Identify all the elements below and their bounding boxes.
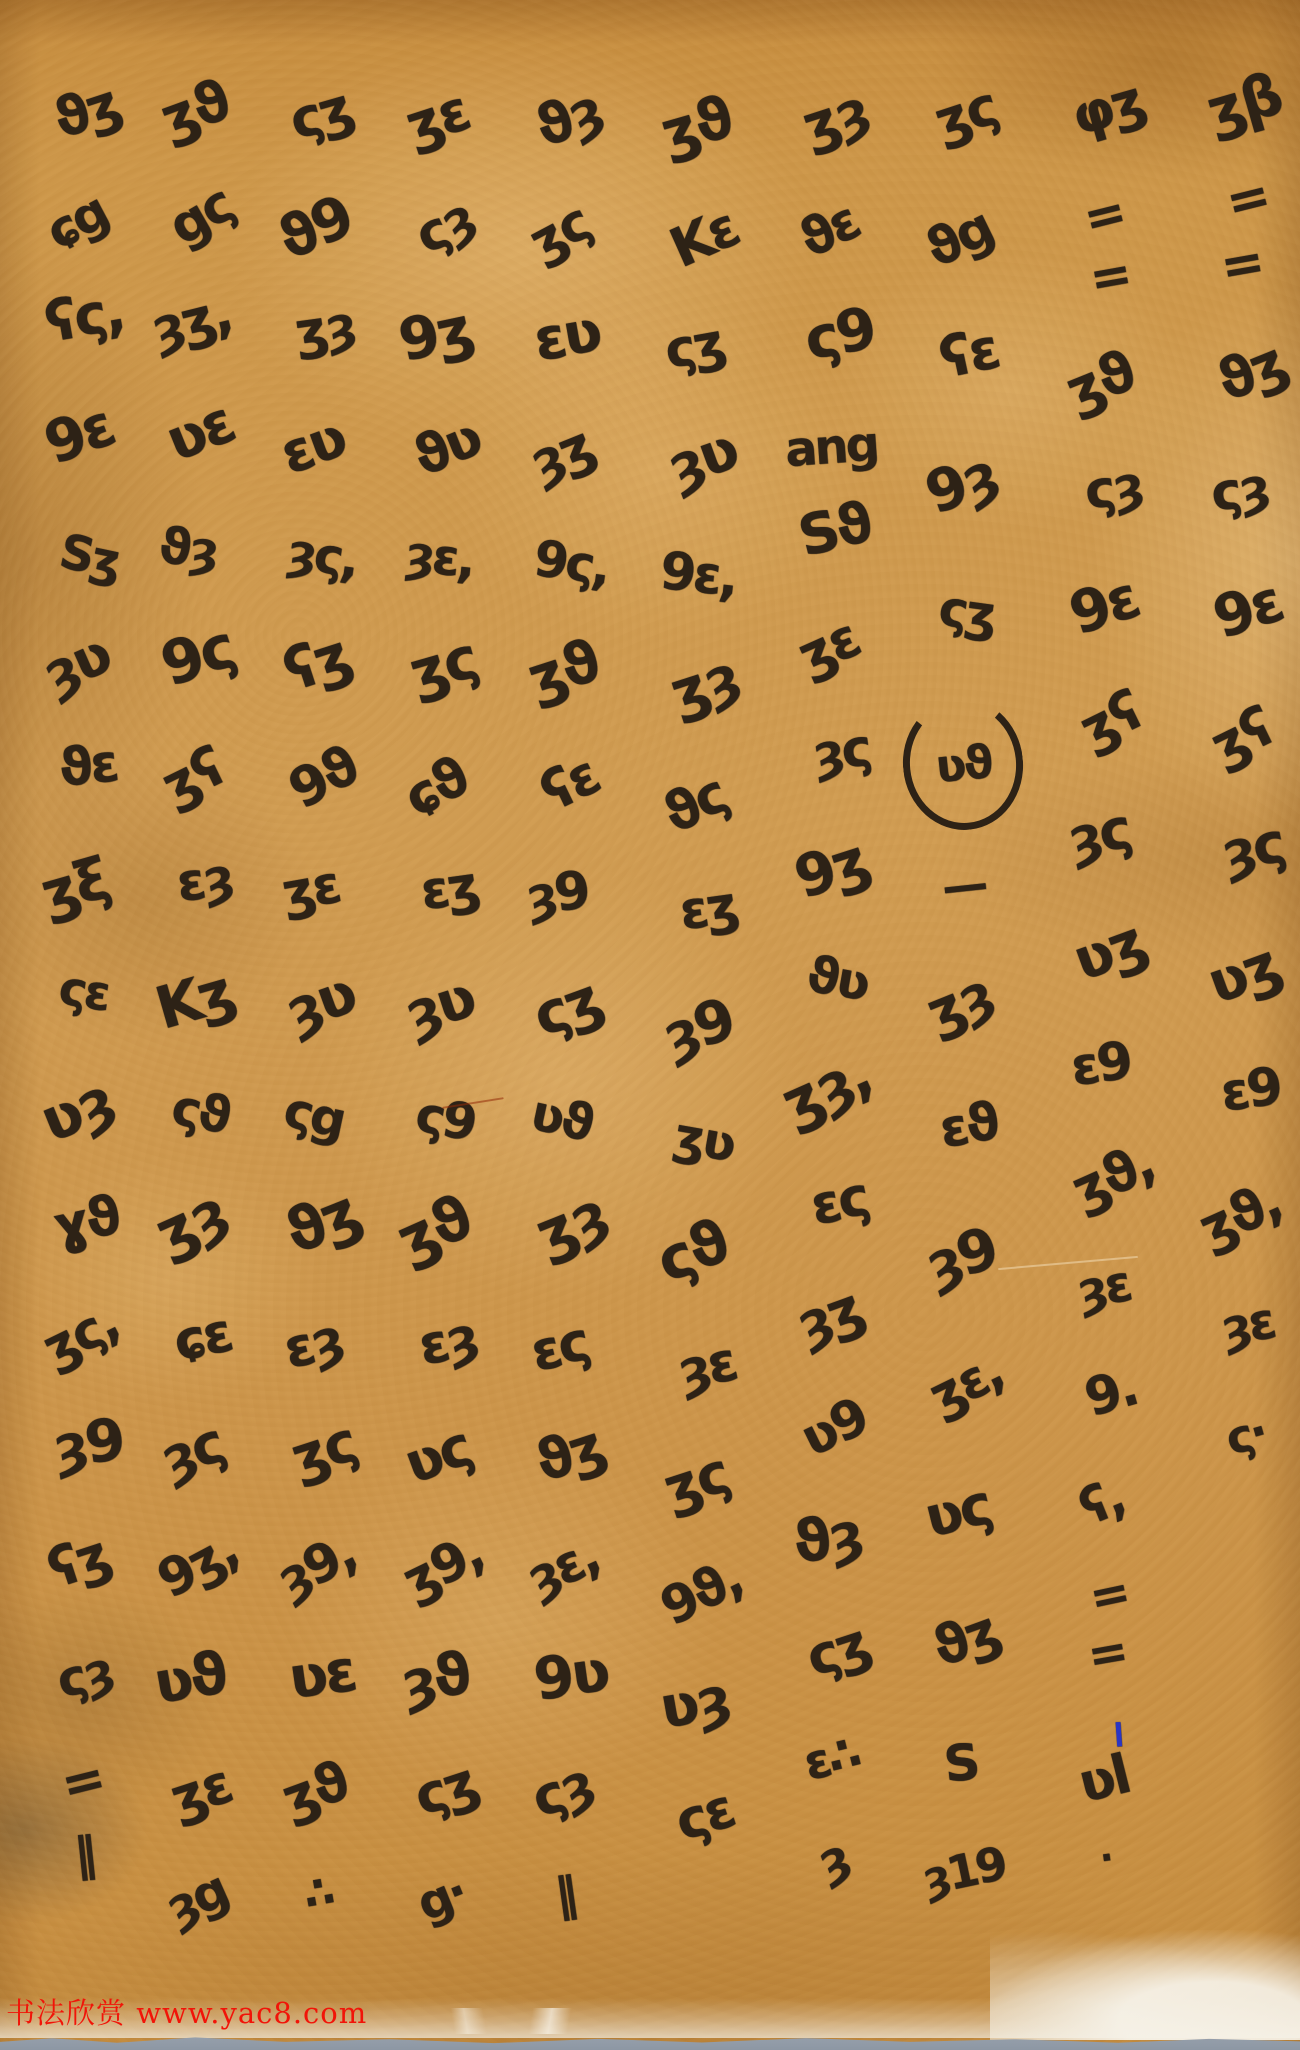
glyph-cluster: ʒς xyxy=(523,198,597,268)
glyph-cluster: ε9 xyxy=(1218,1064,1283,1120)
glyph-cluster: ʕʒ xyxy=(277,628,355,699)
glyph-cluster: ȝε xyxy=(1073,1261,1132,1315)
glyph-cluster: 9ȝ xyxy=(919,447,1003,521)
glyph-cluster: ʋʒ xyxy=(1067,914,1151,988)
glyph-cluster: ϑε xyxy=(793,197,865,265)
glyph-cluster: ϑʒ xyxy=(48,78,124,145)
glyph-cluster: ȝ9 xyxy=(523,867,591,923)
script-column: ʒȝϑες9angSϑʒεȝς9ʒϑʋʒȝ,εςȝʒʋ9ϑȝςʒε∴ȝ xyxy=(775,94,891,1883)
glyph-cluster: 9ε xyxy=(1207,575,1287,646)
glyph-cluster: ʒϑ xyxy=(1059,345,1140,418)
glyph-cluster: ʒȝ, xyxy=(774,1047,877,1133)
glyph-cluster: ϑʒ xyxy=(926,1605,1003,1674)
glyph-cluster: ςȝ xyxy=(409,194,481,262)
glyph-cluster: ʒε xyxy=(164,1759,235,1824)
glyph-cluster: Kε xyxy=(663,202,743,274)
glyph-cluster: ʒε, xyxy=(923,1348,1010,1423)
glyph-cluster: 9ʒ, xyxy=(151,1526,244,1606)
glyph-cluster: ȝ9, xyxy=(270,1529,362,1606)
glyph-cluster: ςȝ xyxy=(1208,464,1271,519)
glyph-cluster: ʒς xyxy=(404,632,482,701)
glyph-cluster: ςϑ xyxy=(650,1214,735,1291)
glyph-cluster: ȝε, xyxy=(521,1532,606,1605)
glyph-cluster: ȝς xyxy=(810,725,873,780)
glyph-cluster: ʒʋ xyxy=(671,1112,738,1168)
glyph-cluster: = xyxy=(1221,173,1272,229)
glyph-cluster: ʒϑ xyxy=(276,1756,353,1825)
glyph-cluster: ȝς xyxy=(155,1418,230,1487)
glyph-cluster: ʋȝ xyxy=(656,1672,732,1736)
glyph-cluster: ϑʋ xyxy=(407,412,487,483)
glyph-cluster: ϑȝ xyxy=(529,84,608,155)
glyph-cluster: ȝς xyxy=(1064,803,1135,866)
glyph-cluster: ες xyxy=(526,1316,592,1378)
glyph-cluster: ʋϑ xyxy=(527,1089,596,1147)
glyph-cluster: 9ε xyxy=(38,399,119,472)
glyph-cluster: ʒϑ xyxy=(522,635,605,707)
glyph-cluster: 9ϑ, xyxy=(655,1554,749,1633)
glyph-cluster: ʒ9, xyxy=(396,1529,489,1607)
glyph-cluster: ʒȝ xyxy=(920,968,999,1040)
glyph-cluster: ʕς, xyxy=(41,285,126,349)
glyph-cluster: εϑ xyxy=(937,1099,1002,1156)
glyph-cluster: 9ε, xyxy=(658,548,738,603)
glyph-cluster: ȝ9 xyxy=(50,1413,126,1476)
circled-glyph-cluster: ʋϑ xyxy=(896,692,1029,836)
glyph-cluster: ɣϑ xyxy=(49,1190,122,1252)
glyph-cluster: ȝʋ xyxy=(398,971,479,1043)
glyph-cluster: S xyxy=(942,1739,980,1788)
script-column: ʒϑKεςʒȝʋ9ε,ʒȝϑςεʒȝ9ʒʋςϑȝεʒς9ϑ,ʋȝςε xyxy=(642,98,758,1842)
glyph-cluster: 9. xyxy=(1080,1365,1141,1425)
glyph-cluster: 9ʋ xyxy=(531,1644,611,1707)
script-column: ϑȝʒςεʋȝʒ9ς,ʒϑʕεȝ9ςʒʋϑʒȝεςϑʒȝε,9ʋςȝ‖ xyxy=(507,95,623,1915)
glyph-cluster: ʒε xyxy=(278,862,342,919)
glyph-cluster: = xyxy=(1086,250,1132,302)
glyph-cluster: = xyxy=(1079,188,1128,242)
glyph-cluster: ȝς, xyxy=(284,528,360,583)
glyph-cluster: ʒȝ xyxy=(528,1186,613,1263)
glyph-cluster: ς9 xyxy=(412,1091,478,1146)
glyph-cluster: 9ϑ xyxy=(282,740,365,815)
glyph-cluster: ςʒ xyxy=(408,1757,481,1823)
glyph-cluster: ʒς, xyxy=(36,1299,124,1375)
glyph-cluster: ʒȝ xyxy=(797,85,874,154)
glyph-cluster: ςʒ xyxy=(284,82,356,146)
glyph-cluster: Sʒ xyxy=(56,529,123,585)
glyph-cluster: gς xyxy=(162,180,240,252)
glyph-cluster: ςε xyxy=(57,966,112,1017)
manuscript-scan: ϑʒɕgʕς,9εSʒȝʋϑεʒξςεʋȝɣϑʒς,ȝ9ʕʒςȝ=‖ʒϑgςȝʒ… xyxy=(0,0,1300,2050)
glyph-cluster: ʋϑ xyxy=(150,1646,229,1711)
glyph-cluster: ȝʋ xyxy=(661,422,743,495)
script-column: ʒεςȝ9ʒϑʋȝε,ʒςɕϑεʒȝʋς9ʒϑεȝʋςʒ9,ȝϑςʒg· xyxy=(383,92,499,1920)
glyph-cluster: ∴ xyxy=(301,1872,335,1917)
glyph-cluster: εȝ xyxy=(414,1311,480,1371)
script-column: φʒ==ʒϑςȝ9εʒʕȝςʋʒε9ʒϑ,ȝε9.ʕ,==ǀʋl∙ xyxy=(1047,84,1163,1875)
glyph-cluster: ʒξ xyxy=(36,852,114,921)
glyph-cluster: Kʒ xyxy=(150,964,238,1036)
glyph-cluster: ʕʒ xyxy=(42,1529,114,1595)
glyph-cluster: ςʒ xyxy=(527,972,607,1045)
glyph-cluster: ϑȝ xyxy=(789,1507,865,1571)
glyph-cluster: ʒϑ xyxy=(154,75,234,146)
glyph-cluster: εȝ xyxy=(279,1313,346,1375)
glyph-cluster: 9ε xyxy=(1063,571,1143,642)
glyph-cluster: ςʒ xyxy=(661,319,727,376)
glyph-cluster: ɕϑ xyxy=(397,751,475,824)
glyph-cluster: ε∴ xyxy=(799,1731,862,1787)
glyph-cluster: ʋς xyxy=(920,1480,995,1546)
glyph-cluster: = xyxy=(1217,239,1265,293)
glyph-cluster: ʒς xyxy=(286,1417,362,1485)
glyph-cluster: ȝϑ xyxy=(397,1646,473,1710)
glyph-cluster: ςε xyxy=(669,1783,738,1848)
glyph-cluster: ʒε xyxy=(400,85,474,153)
glyph-cluster: ςȝ xyxy=(1082,462,1145,517)
glyph-cluster: ʒς xyxy=(928,81,1001,147)
glyph-cluster: ʋl xyxy=(1073,1750,1132,1810)
glyph-cluster: ϑg xyxy=(919,203,999,275)
glyph-cluster: ȝg xyxy=(159,1865,233,1931)
glyph-cluster: ȝ19 xyxy=(918,1842,1008,1901)
glyph-cluster: ɕε xyxy=(169,1307,234,1367)
glyph-cluster: ςȝ xyxy=(52,1647,116,1705)
glyph-cluster: ςȝ xyxy=(525,1758,597,1825)
glyph-cluster: ʕε xyxy=(936,323,1003,385)
glyph-cluster: = xyxy=(57,1755,108,1811)
script-column: ςʒϑ9ʒȝεʋȝς,ʕʒ9ϑʒεȝʋςgϑʒεȝʒςȝ9,ʋεʒϑ∴ xyxy=(260,90,376,1914)
glyph-cluster: ʋε xyxy=(160,395,240,469)
glyph-cluster: ʋʒ xyxy=(1201,937,1285,1011)
glyph-cluster: ʕ, xyxy=(1073,1474,1129,1532)
glyph-cluster: ʋε xyxy=(286,1644,358,1706)
glyph-cluster: 9ʒ xyxy=(789,833,874,906)
glyph-cluster: Sϑ xyxy=(794,497,876,564)
glyph-cluster: ε9 xyxy=(1068,1038,1133,1094)
glyph-cluster: ȝς xyxy=(1218,818,1289,881)
glyph-cluster: ɕg xyxy=(40,187,114,256)
glyph-cluster: ςg xyxy=(280,1086,348,1143)
glyph-cluster: εʒ xyxy=(677,882,739,937)
glyph-cluster: ʒϑ xyxy=(390,1190,478,1270)
glyph-cluster: ȝʋ xyxy=(36,628,117,702)
watermark: 书法欣赏 www.yac8.com xyxy=(6,1991,367,2032)
glyph-cluster: ϑʋ xyxy=(803,951,871,1007)
glyph-cluster: ς9 xyxy=(800,302,878,368)
glyph-cluster: ȝ xyxy=(812,1833,853,1886)
glyph-cluster: ʒȝ xyxy=(148,1185,233,1263)
glyph-cluster: 9ʒ xyxy=(395,302,476,369)
glyph-cluster: ʒε xyxy=(791,613,865,682)
glyph-cluster: ʋς xyxy=(398,1421,476,1492)
glyph-cluster: = xyxy=(1085,1629,1129,1679)
glyph-cluster: ang xyxy=(784,422,879,472)
glyph-cluster: ϑʒ xyxy=(278,1184,366,1262)
glyph-cluster: — xyxy=(939,862,986,909)
glyph-cluster: ʒϑ, xyxy=(1192,1176,1287,1255)
glyph-cluster: ʒβ xyxy=(1201,68,1286,139)
glyph-cluster: ȝʒ xyxy=(790,1282,868,1352)
glyph-cluster: ȝʒ, xyxy=(146,288,235,355)
glyph-cluster: ʋȝ xyxy=(33,1073,119,1151)
glyph-cluster: ς· xyxy=(1221,1409,1270,1460)
glyph-cluster: ϑ9 xyxy=(270,189,358,267)
glyph-cluster: εʋ xyxy=(274,412,351,482)
glyph-cluster: g· xyxy=(411,1869,471,1927)
glyph-cluster: ʒȝ xyxy=(291,302,356,358)
glyph-cluster: φʒ xyxy=(1066,75,1148,142)
glyph-cluster: ȝ9 xyxy=(920,1221,1003,1293)
glyph-cluster: ες xyxy=(806,1172,871,1232)
glyph-cluster: εȝ xyxy=(174,855,235,910)
script-column: ʒϑgςȝʒ,ʋεϑȝ9ςʒʕεȝKʒςϑʒȝɕεȝς9ʒ,ʋϑʒεȝg xyxy=(138,84,254,1922)
manuscript: ϑʒɕgʕς,9εSʒȝʋϑεʒξςεʋȝɣϑʒς,ȝ9ʕʒςȝ=‖ʒϑgςȝʒ… xyxy=(0,0,1300,2050)
glyph-cluster: ʒϑ xyxy=(655,91,737,161)
glyph-cluster: ʒʕ xyxy=(1204,701,1279,772)
glyph-cluster: ȝʋ xyxy=(279,967,361,1040)
glyph-cluster: ʒϑ, xyxy=(1065,1137,1160,1216)
glyph-cluster: ʒς xyxy=(658,1448,734,1516)
script-column: ϑʒɕgʕς,9εSʒȝʋϑεʒξςεʋȝɣϑʒς,ȝ9ʕʒςȝ=‖ xyxy=(24,88,140,1875)
glyph-cluster: ʒʕ xyxy=(1073,685,1148,756)
script-column: ʒςϑgʕε9ȝςʒʋϑ—ʒȝεϑȝ9ʒε,ʋςϑʒSȝ19 xyxy=(905,90,1021,1893)
glyph-cluster: εʋ xyxy=(530,305,603,369)
glyph-cluster: ȝʒ xyxy=(524,420,600,489)
glyph-cluster: ʕε xyxy=(533,749,604,818)
glyph-cluster: ʋ9 xyxy=(795,1393,874,1464)
glyph-cluster: ϑς xyxy=(656,769,733,841)
glyph-cluster: ςʒ xyxy=(936,585,998,638)
glyph-cluster: ȝε xyxy=(673,1337,739,1397)
glyph-cluster: ȝε xyxy=(1217,1297,1276,1351)
glyph-cluster: ʒʕ xyxy=(155,741,230,812)
glyph-cluster: ϑε xyxy=(57,741,119,795)
glyph-cluster: 9ς, xyxy=(531,535,611,591)
glyph-cluster: ‖ xyxy=(552,1872,578,1917)
glyph-cluster: ϑȝ xyxy=(157,523,219,575)
glyph-cluster: 9ς xyxy=(155,620,240,695)
glyph-cluster: ȝε, xyxy=(403,531,476,584)
script-column: ʒβ==ϑʒςȝ9εʒʕȝςʋʒε9ʒϑ,ȝες· xyxy=(1187,76,1300,1456)
glyph-cluster: = xyxy=(1086,1570,1132,1621)
glyph-cluster: ϑʒ xyxy=(1210,336,1291,409)
glyph-cluster: ςϑ xyxy=(168,1085,232,1140)
glyph-cluster: ∙ xyxy=(1097,1842,1112,1876)
glyph-cluster: ‖ xyxy=(72,1832,96,1876)
glyph-cluster: ϑʒ xyxy=(529,1420,609,1490)
glyph-cluster: ςʒ xyxy=(800,1617,873,1683)
glyph-cluster: εʒ xyxy=(418,863,480,918)
glyph-cluster: ʒȝ xyxy=(664,650,744,721)
glyph-cluster: ȝ9 xyxy=(657,992,740,1064)
